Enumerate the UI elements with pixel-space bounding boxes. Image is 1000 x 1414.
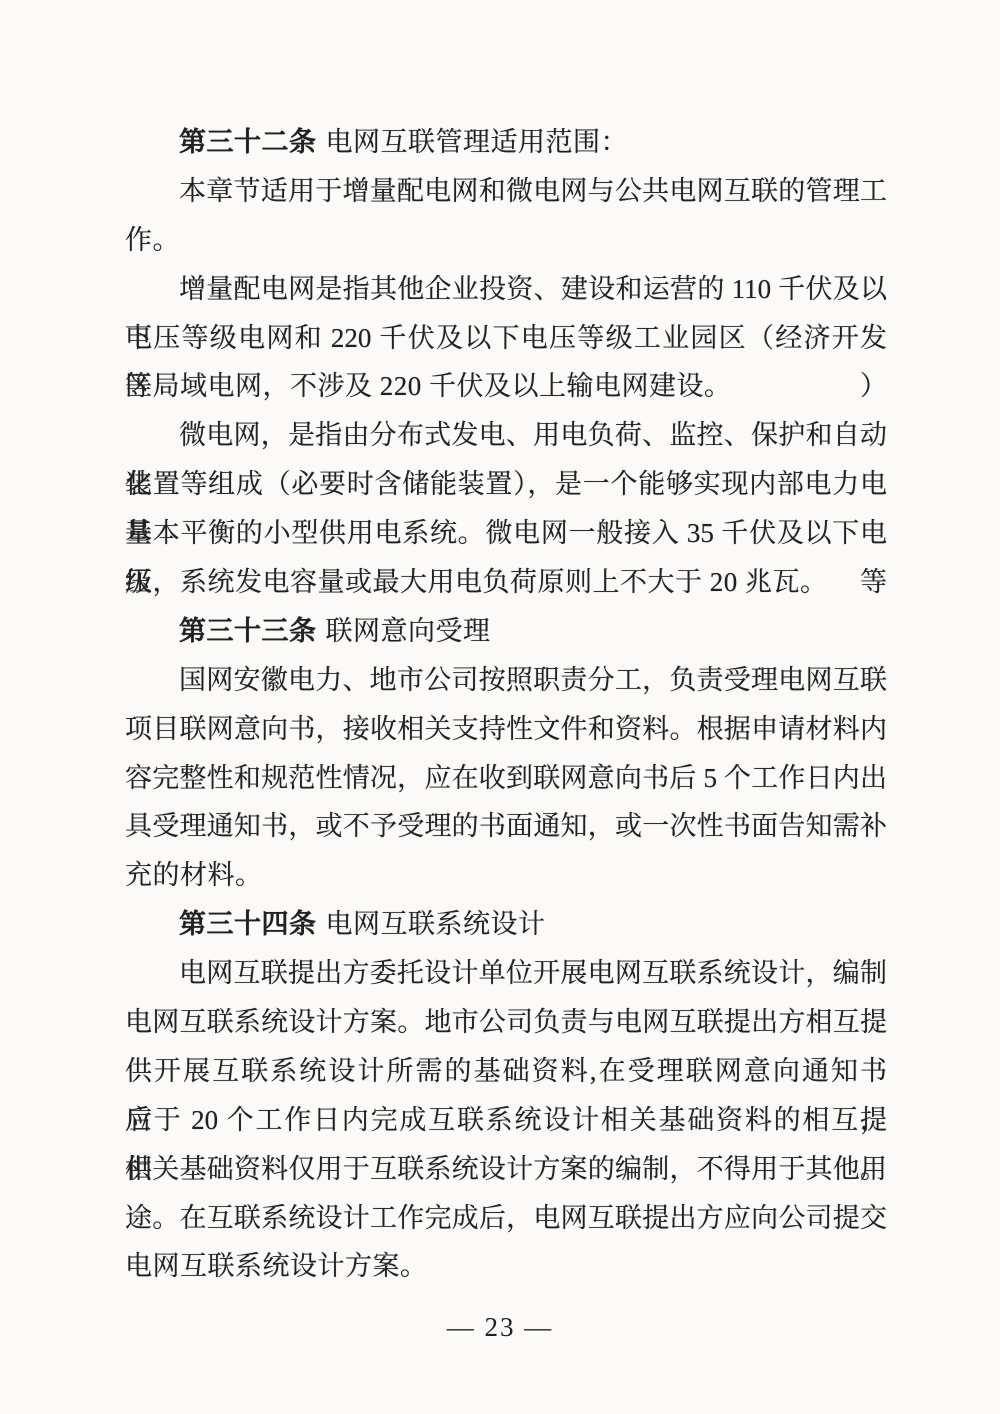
article-number: 第三十二条 bbox=[179, 127, 317, 157]
article-number: 第三十四条 bbox=[179, 909, 317, 939]
text-line: 充的材料。 bbox=[125, 851, 887, 900]
article-title: 电网互联管理适用范围： bbox=[326, 127, 629, 157]
text-block: 第三十二条电网互联管理适用范围：本章节适用于增量配电网和微电网与公共电网互联的管… bbox=[125, 118, 887, 1291]
article-number: 第三十三条 bbox=[179, 616, 317, 646]
text-line: 装置等组成（必要时含储能装置），是一个能够实现内部电力电量 bbox=[125, 460, 887, 509]
text-line: 国网安徽电力、地市公司按照职责分工，负责受理电网互联 bbox=[125, 656, 887, 705]
page-footer: — 23 — bbox=[0, 1302, 1000, 1352]
article-heading-line: 第三十二条电网互联管理适用范围： bbox=[125, 118, 887, 167]
text-line: 级，系统发电容量或最大用电负荷原则上不大于 20 兆瓦。 bbox=[125, 558, 887, 607]
text-line: 供开展互联系统设计所需的基础资料,在受理联网意向通知书后， bbox=[125, 1047, 887, 1096]
text-line: 作。 bbox=[125, 216, 887, 265]
text-line: 途。在互联系统设计工作完成后，电网互联提出方应向公司提交 bbox=[125, 1194, 887, 1243]
page-number: — 23 — bbox=[447, 1312, 554, 1342]
text-line: 电网互联提出方委托设计单位开展电网互联系统设计，编制 bbox=[125, 949, 887, 998]
article-heading-line: 第三十三条联网意向受理 bbox=[125, 607, 887, 656]
text-line: 增量配电网是指其他企业投资、建设和运营的 110 千伏及以下 bbox=[125, 265, 887, 314]
article-title: 电网互联系统设计 bbox=[326, 909, 546, 939]
article-heading-line: 第三十四条电网互联系统设计 bbox=[125, 900, 887, 949]
text-line: 项目联网意向书，接收相关支持性文件和资料。根据申请材料内 bbox=[125, 705, 887, 754]
text-line: 容完整性和规范性情况，应在收到联网意向书后 5 个工作日内出 bbox=[125, 754, 887, 803]
text-line: 电压等级电网和 220 千伏及以下电压等级工业园区（经济开发区） bbox=[125, 314, 887, 363]
text-line: 微电网，是指由分布式发电、用电负荷、监控、保护和自动化 bbox=[125, 411, 887, 460]
text-line: 相关基础资料仅用于互联系统设计方案的编制，不得用于其他用 bbox=[125, 1145, 887, 1194]
text-line: 电网互联系统设计方案。 bbox=[125, 1242, 887, 1291]
text-line: 本章节适用于增量配电网和微电网与公共电网互联的管理工 bbox=[125, 167, 887, 216]
text-line: 应于 20 个工作日内完成互联系统设计相关基础资料的相互提供。 bbox=[125, 1096, 887, 1145]
text-line: 具受理通知书，或不予受理的书面通知，或一次性书面告知需补 bbox=[125, 802, 887, 851]
text-line: 电网互联系统设计方案。地市公司负责与电网互联提出方相互提 bbox=[125, 998, 887, 1047]
text-line: 基本平衡的小型供用电系统。微电网一般接入 35 千伏及以下电压等 bbox=[125, 509, 887, 558]
document-page: 第三十二条电网互联管理适用范围：本章节适用于增量配电网和微电网与公共电网互联的管… bbox=[0, 0, 1000, 1414]
article-title: 联网意向受理 bbox=[326, 616, 491, 646]
